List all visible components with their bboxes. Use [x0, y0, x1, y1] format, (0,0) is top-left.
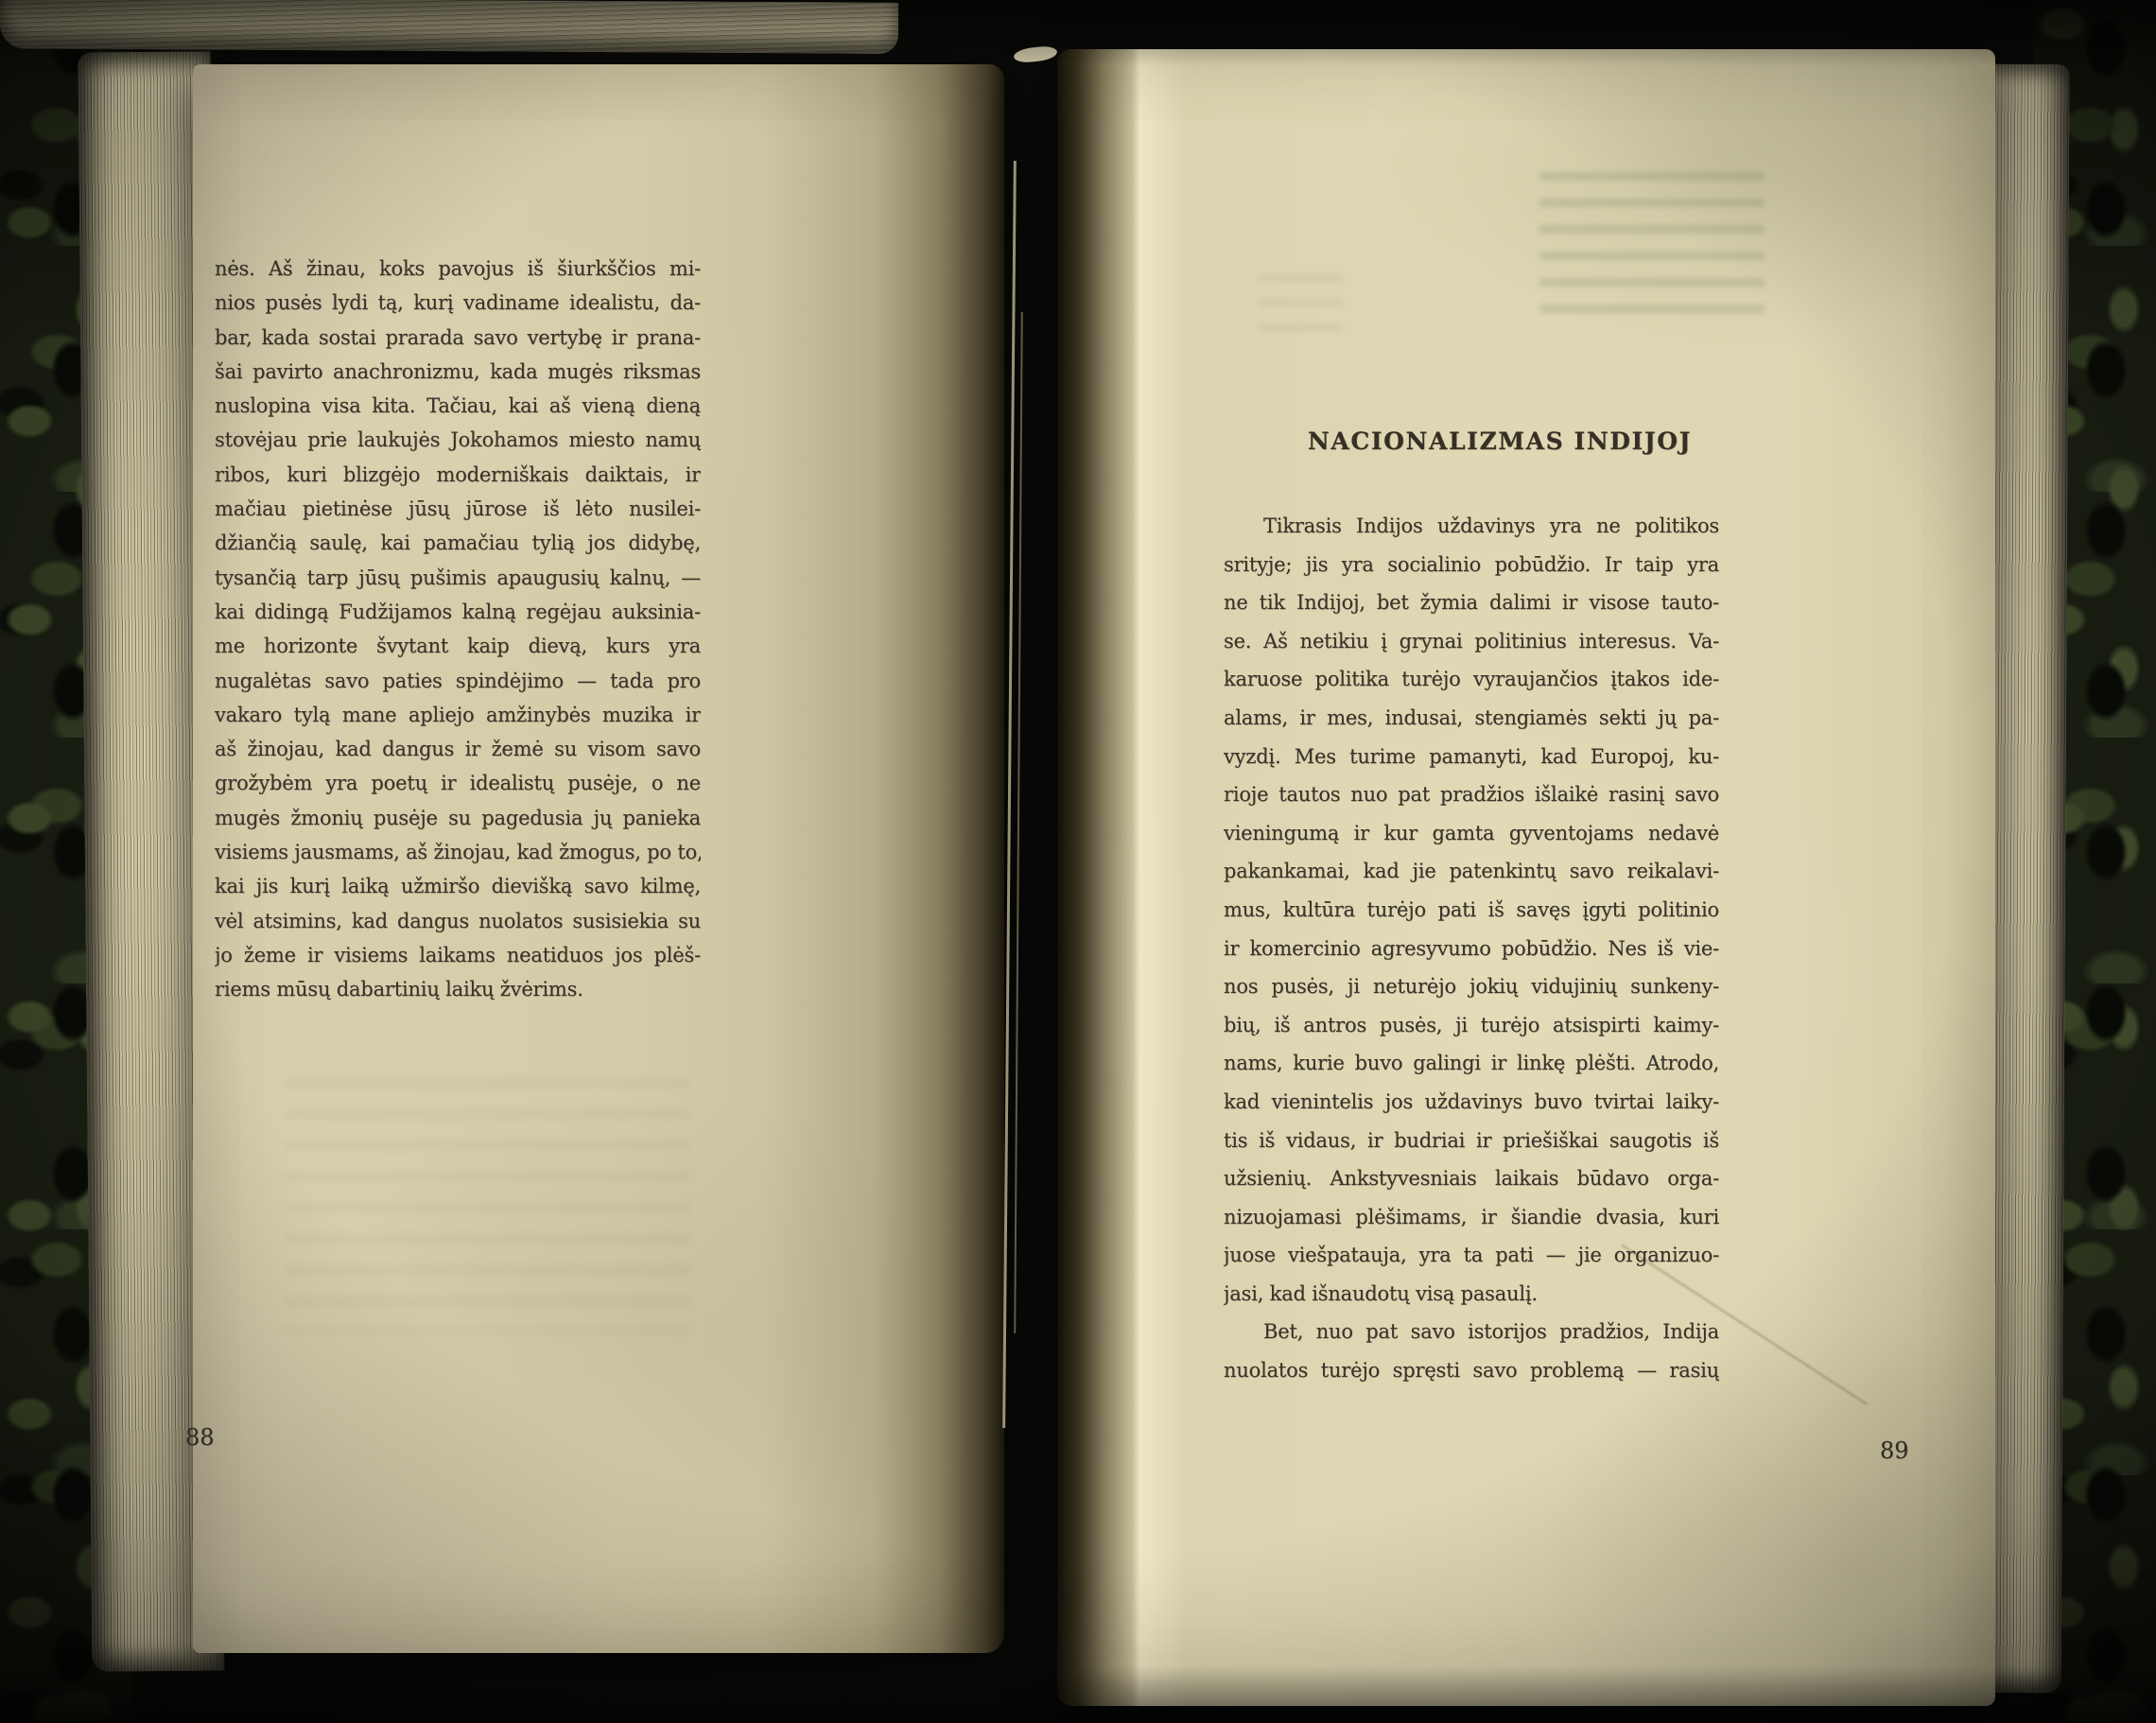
- text-line: aš žinojau, kad dangus ir žemė su visom …: [215, 732, 701, 766]
- text-line: ribos, kuri blizgėjo moderniškais daikta…: [215, 458, 701, 492]
- text-line: ne tik Indijoj, bet žymia dalimi ir viso…: [1224, 583, 1719, 622]
- text-line: mus, kultūra turėjo pati iš savęs įgyti …: [1224, 891, 1719, 930]
- text-line: grožybėm yra poetų ir idealistų pusėje, …: [215, 766, 701, 800]
- page-number-left: 88: [185, 1424, 215, 1451]
- text-line: nugalėtas savo paties spindėjimo — tada …: [215, 664, 701, 698]
- chapter-heading: NACIONALIZMAS INDIJOJ: [1252, 427, 1747, 455]
- paragraph: nės. Aš žinau, koks pavojus iš šiurkščio…: [215, 252, 701, 1007]
- text-line: džiančią saulę, kai pamačiau tylią jos d…: [215, 526, 701, 560]
- text-line: kad vienintelis jos uždavinys buvo tvirt…: [1224, 1083, 1719, 1122]
- text-line: vėl atsimins, kad dangus nuolatos susisi…: [215, 904, 701, 938]
- text-line: alams, ir mes, indusai, stengiamės sekti…: [1224, 699, 1719, 738]
- text-line: karuose politika turėjo vyraujančios įta…: [1224, 660, 1719, 699]
- page-stack-edge-bottom: [0, 0, 898, 54]
- text-line: stovėjau prie laukujės Jokohamos miesto …: [215, 423, 701, 457]
- text-line: nuslopina visa kita. Tačiau, kai aš vien…: [215, 389, 701, 423]
- text-line: jo žeme ir visiems laikams neatiduos jos…: [215, 938, 701, 972]
- text-line: nizuojamasi plėšimams, ir šiandie dvasia…: [1224, 1198, 1719, 1237]
- text-line: tis iš vidaus, ir budriai ir priešiškai …: [1224, 1122, 1719, 1160]
- left-page-text: nės. Aš žinau, koks pavojus iš šiurkščio…: [215, 252, 701, 1007]
- text-line: srityje; jis yra socialinio pobūdžio. Ir…: [1224, 546, 1719, 584]
- text-line: me horizonte švytant kaip dievą, kurs yr…: [215, 629, 701, 663]
- text-line: nams, kurie buvo galingi ir linkę plėšti…: [1224, 1044, 1719, 1083]
- text-line: mugės žmonių pusėje su pagedusia jų pani…: [215, 801, 701, 835]
- page-number-right: 89: [1880, 1437, 1909, 1464]
- paragraph: Tikrasis Indijos uždavinys yra ne politi…: [1224, 507, 1719, 1313]
- text-line: kai didingą Fudžijamos kalną regėjau auk…: [215, 595, 701, 629]
- open-book-photo: nės. Aš žinau, koks pavojus iš šiurkščio…: [0, 0, 2156, 1723]
- text-line: bar, kada sostai prarada savo vertybę ir…: [215, 321, 701, 355]
- text-line: jasi, kad išnaudotų visą pasaulį.: [1224, 1275, 1719, 1314]
- gutter-page-edge: [1014, 312, 1023, 1333]
- text-line: juose viešpatauja, yra ta pati — jie org…: [1224, 1236, 1719, 1275]
- text-line: riems mūsų dabartinių laikų žvėrims.: [215, 972, 701, 1006]
- right-page-text: Tikrasis Indijos uždavinys yra ne politi…: [1224, 507, 1719, 1390]
- text-line: vakaro tylą mane apliejo amžinybės muzik…: [215, 698, 701, 732]
- text-line: nos pusės, ji neturėjo jokių vidujinių s…: [1224, 967, 1719, 1006]
- paragraph: Bet, nuo pat savo istorijos pradžios, In…: [1224, 1313, 1719, 1389]
- text-line: nuolatos turėjo spręsti savo problemą — …: [1224, 1351, 1719, 1390]
- text-line: šai pavirto anachronizmu, kada mugės rik…: [215, 355, 701, 389]
- book-headband: [1013, 44, 1057, 63]
- text-line: mačiau pietinėse jūsų jūrose iš lėto nus…: [215, 492, 701, 526]
- text-line: nios pusės lydi tą, kurį vadiname ideali…: [215, 286, 701, 320]
- text-line: nės. Aš žinau, koks pavojus iš šiurkščio…: [215, 252, 701, 286]
- text-line: Tikrasis Indijos uždavinys yra ne politi…: [1224, 507, 1719, 546]
- text-line: se. Aš netikiu į grynai politinius inter…: [1224, 622, 1719, 661]
- text-line: vieningumą ir kur gamta gyventojams neda…: [1224, 814, 1719, 853]
- text-line: kai jis kurį laiką užmiršo dievišką savo…: [215, 869, 701, 903]
- text-line: ir komercinio agresyvumo pobūdžio. Nes i…: [1224, 930, 1719, 968]
- text-line: Bet, nuo pat savo istorijos pradžios, In…: [1224, 1313, 1719, 1351]
- text-line: užsienių. Ankstyvesniais laikais būdavo …: [1224, 1159, 1719, 1198]
- text-line: visiems jausmams, aš žinojau, kad žmogus…: [215, 835, 701, 869]
- text-line: vyzdį. Mes turime pamanyti, kad Europoj,…: [1224, 738, 1719, 776]
- text-line: tysančią tarp jūsų pušimis apaugusių kal…: [215, 561, 701, 595]
- text-line: rioje tautos nuo pat pradžios išlaikė ra…: [1224, 775, 1719, 814]
- text-line: pakankamai, kad jie patenkintų savo reik…: [1224, 852, 1719, 891]
- text-line: bių, iš antros pusės, ji turėjo atsispir…: [1224, 1006, 1719, 1045]
